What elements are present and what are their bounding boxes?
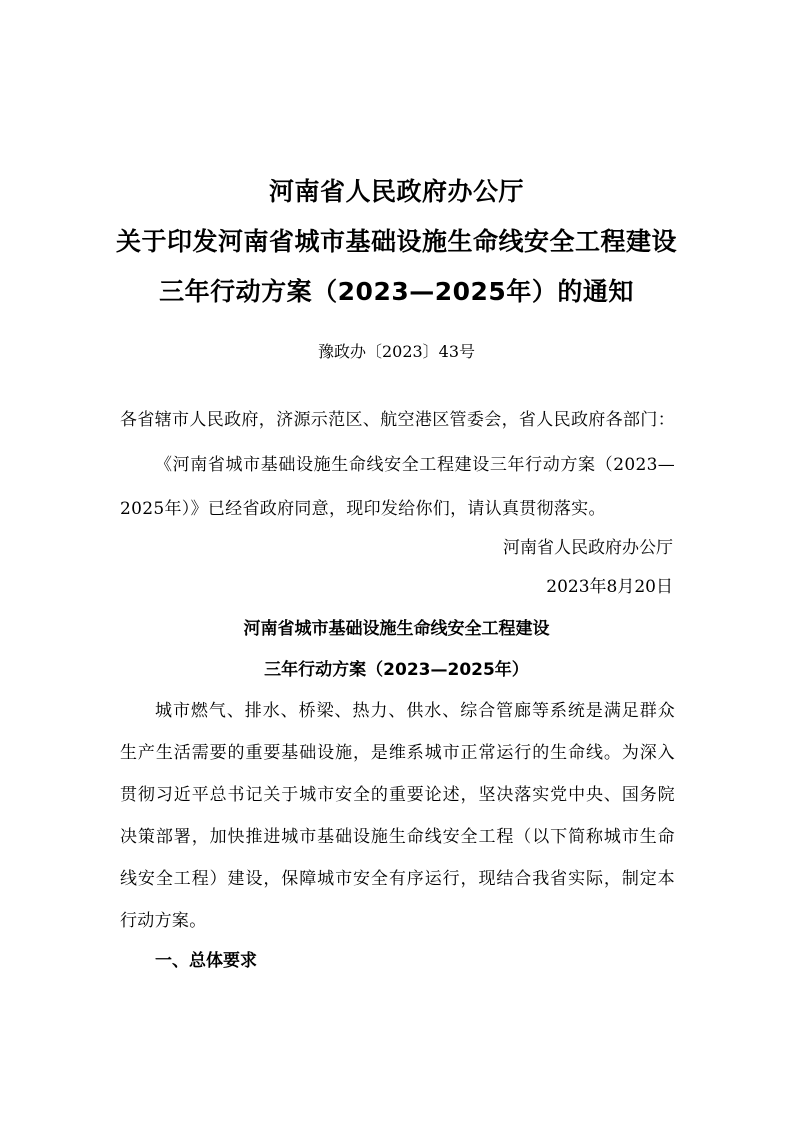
intro-line-6: 行动方案。 [120, 906, 675, 931]
intro-line-1: 城市燃气、排水、桥梁、热力、供水、综合管廊等系统是满足群众 [155, 696, 675, 721]
intro-line-5: 线安全工程）建设，保障城市安全有序运行，现结合我省实际，制定本 [120, 864, 675, 889]
notice-body-line-1: 《河南省城市基础设施生命线安全工程建设三年行动方案（2023— [155, 450, 675, 475]
signature: 河南省人民政府办公厅 [120, 533, 673, 558]
intro-line-3: 贯彻习近平总书记关于城市安全的重要论述，坚决落实党中央、国务院 [120, 780, 675, 805]
plan-title-line-1: 河南省城市基础设施生命线安全工程建设 [0, 614, 793, 639]
issue-date: 2023年8月20日 [120, 572, 673, 597]
section-heading-general-requirements: 一、总体要求 [155, 946, 257, 971]
intro-line-2: 生产生活需要的重要基础设施，是维系城市正常运行的生命线。为深入 [120, 738, 675, 763]
document-page: 河南省人民政府办公厅 关于印发河南省城市基础设施生命线安全工程建设 三年行动方案… [0, 0, 793, 1122]
notice-title-line-1: 河南省人民政府办公厅 [0, 172, 793, 208]
addressee: 各省辖市人民政府，济源示范区、航空港区管委会，省人民政府各部门： [120, 405, 675, 430]
document-number: 豫政办〔2023〕43号 [0, 339, 793, 362]
plan-title-line-2: 三年行动方案（2023—2025年） [0, 655, 793, 680]
intro-line-4: 决策部署，加快推进城市基础设施生命线安全工程（以下简称城市生命 [120, 822, 675, 847]
notice-title-line-2: 关于印发河南省城市基础设施生命线安全工程建设 [0, 222, 793, 258]
notice-body-line-2: 2025年）》已经省政府同意，现印发给你们，请认真贯彻落实。 [120, 494, 675, 519]
notice-title-line-3: 三年行动方案（2023—2025年）的通知 [0, 272, 793, 308]
